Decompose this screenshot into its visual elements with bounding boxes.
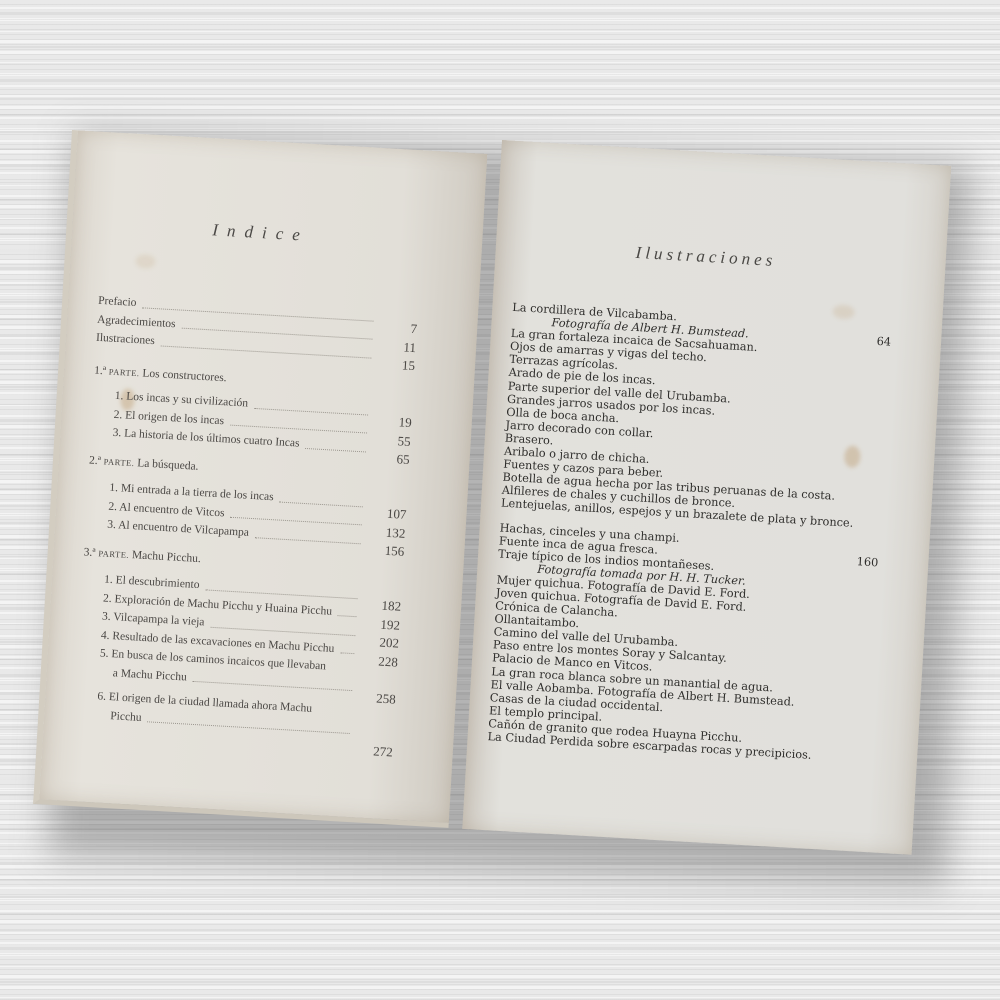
part-title: La búsqueda.	[137, 457, 199, 473]
right-page-illustrations: Ilustraciones La cordillera de Vilcabamb…	[462, 140, 951, 855]
toc-page: 65	[371, 449, 410, 470]
paper-stain	[832, 304, 855, 319]
toc-page: 156	[366, 541, 405, 562]
part-number: 2.ª	[89, 454, 101, 467]
toc-label: Prefacio	[98, 292, 137, 313]
toc-page: 272	[354, 741, 393, 762]
illustrations-title: Ilustraciones	[635, 243, 777, 271]
part-title: Machu Picchu.	[132, 549, 202, 565]
toc-label: Ilustraciones	[96, 329, 156, 351]
illustrations-list: La cordillera de Vilcabamba. Fotografía …	[487, 301, 922, 767]
paper-stain	[135, 254, 156, 269]
part-number: 3.ª	[83, 546, 95, 559]
part-label: PARTE.	[98, 548, 129, 560]
part-label: PARTE.	[103, 456, 134, 468]
toc-page: 15	[376, 355, 415, 376]
part-label: PARTE.	[109, 366, 140, 378]
left-page-index: Indice Prefacio7 Agradecimientos11 Ilust…	[33, 130, 487, 828]
index-title: Indice	[212, 220, 309, 246]
part-number: 1.ª	[94, 364, 106, 377]
toc-label: a Machu Picchu	[112, 664, 187, 687]
toc-label: Picchu	[110, 707, 142, 727]
part-title: Los constructores.	[142, 367, 227, 384]
illustration-page: 64	[876, 335, 891, 349]
illustration-page: 160	[856, 555, 878, 569]
table-of-contents: Prefacio7 Agradecimientos11 Ilustracione…	[74, 292, 418, 742]
